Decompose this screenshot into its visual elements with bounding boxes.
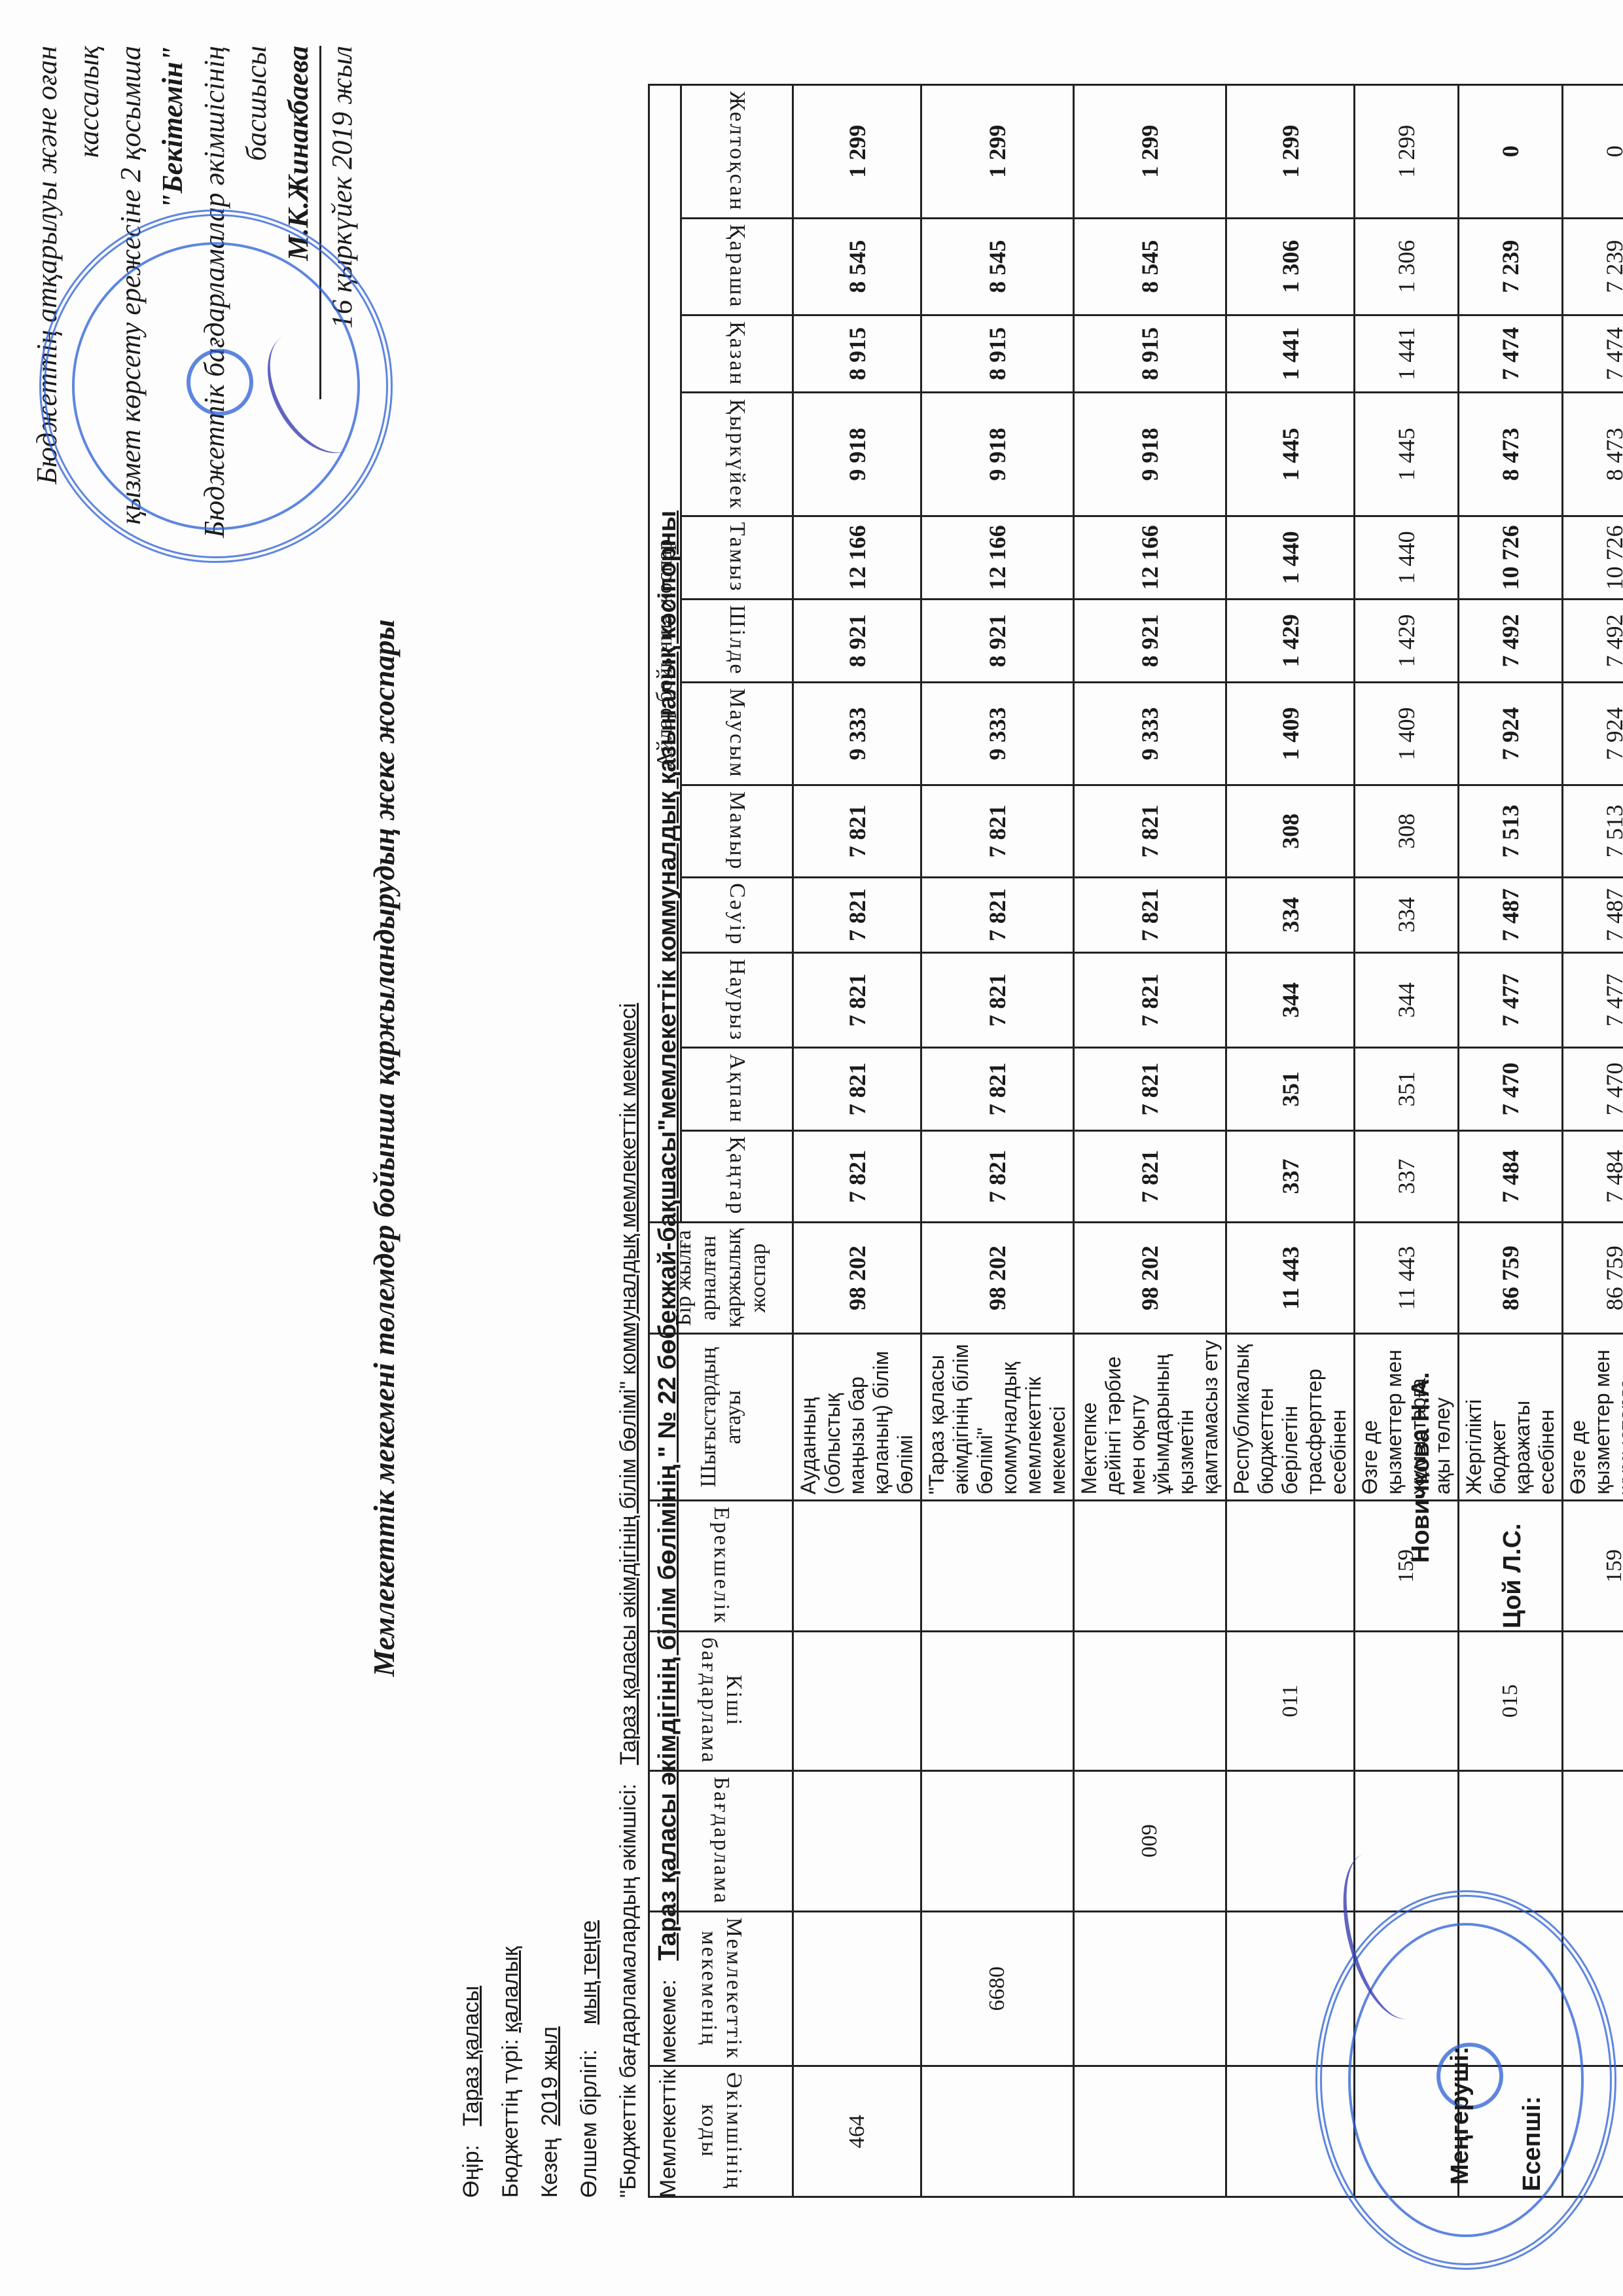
- cell-month-value: 1 299: [921, 85, 1074, 219]
- header-expense-name: Шығыстардың атауы: [649, 1334, 793, 1501]
- cell-month-value: 334: [1355, 877, 1459, 952]
- cell-inst: 6680: [921, 1911, 1074, 2066]
- cell-name: Мектепке дейінгі тәрбие мен оқыту ұйымда…: [1074, 1334, 1226, 1501]
- cell-month-value: 7 821: [1074, 1130, 1226, 1222]
- cell-sub: [921, 1631, 1074, 1770]
- cell-name: Жергілікті бюджет қаражаты есебінен: [1459, 1334, 1563, 1501]
- cell-month-value: 7 821: [1074, 877, 1226, 952]
- cell-month-value: 9 333: [793, 682, 921, 785]
- header-subprogram: Кіші бағдарлама: [649, 1631, 793, 1770]
- cell-name: Өзге де қызметтер мен жұмыстарға ақы төл…: [1563, 1334, 1623, 1501]
- month-header: Қазан: [681, 315, 793, 393]
- cell-sub: [1355, 1631, 1459, 1770]
- cell-month-value: 8 545: [1074, 218, 1226, 315]
- cell-month-value: 1 409: [1226, 682, 1355, 785]
- cell-name: "Тараз қаласы әкімдігінің білім бөлімі" …: [921, 1334, 1074, 1501]
- cell-month-value: 7 484: [1459, 1130, 1563, 1222]
- header-specific: Ерекшелік: [649, 1501, 793, 1632]
- cell-spec: 159: [1355, 1501, 1459, 1632]
- cell-month-value: 7 924: [1563, 682, 1623, 785]
- cell-month-value: 351: [1355, 1048, 1459, 1131]
- month-header: Сәуір: [681, 877, 793, 952]
- cell-annual: 98 202: [1074, 1222, 1226, 1333]
- accountant-name: Цой Л.С.: [1499, 1523, 1527, 1628]
- header-annual-plan: Бір жылға арналған қаржылық жоспар: [649, 1222, 793, 1333]
- cell-month-value: 7 492: [1459, 599, 1563, 682]
- cell-name: Ауданның (облыстық маңызы бар қаланың) б…: [793, 1334, 921, 1501]
- cell-month-value: 7 821: [1074, 952, 1226, 1047]
- unit-label: Өлшем бірлігі:: [577, 2049, 601, 2198]
- cell-name: Өзге де қызметтер мен жұмыстарға ақы төл…: [1355, 1334, 1459, 1501]
- cell-sub: 015: [1459, 1631, 1563, 1770]
- financing-plan-table: Әкімшінің коды Мемлекеттік мекеменің Бағ…: [648, 84, 1623, 2198]
- month-header: Қараша: [681, 218, 793, 315]
- cell-month-value: 7 484: [1563, 1130, 1623, 1222]
- cell-month-value: 1 306: [1355, 218, 1459, 315]
- cell-month-value: 7 477: [1459, 952, 1563, 1047]
- head-label: Меңгеруші:: [1446, 2047, 1474, 2185]
- cell-admin: [921, 2066, 1074, 2197]
- cell-annual: 11 443: [1355, 1222, 1459, 1333]
- cell-month-value: 7 487: [1459, 877, 1563, 952]
- cell-sub: [793, 1631, 921, 1770]
- cell-month-value: 344: [1355, 952, 1459, 1047]
- admin-value: Тараз қаласы әкімдігінің білім бөлімі" к…: [616, 1003, 641, 1765]
- cell-sub: [1074, 1631, 1226, 1770]
- header-institution: Мемлекеттік мекеменің: [649, 1911, 793, 2066]
- cell-month-value: 7 821: [921, 785, 1074, 877]
- cell-month-value: 0: [1459, 85, 1563, 219]
- rotated-sheet: Бюджеттің атқарылуы және оған кассалық қ…: [0, 0, 1623, 2296]
- cell-month-value: 8 921: [793, 599, 921, 682]
- table-row: 011Республикалық бюджеттен берілетін тра…: [1226, 85, 1355, 2197]
- budget-type-label: Бюджеттің түрі:: [498, 2039, 523, 2198]
- cell-month-value: 1 299: [1074, 85, 1226, 219]
- cell-month-value: 7 821: [921, 877, 1074, 952]
- cell-prog: 009: [1074, 1770, 1226, 1911]
- cell-month-value: 12 166: [793, 516, 921, 600]
- cell-annual: 98 202: [921, 1222, 1074, 1333]
- month-header: Наурыз: [681, 952, 793, 1047]
- accountant-label: Есепші:: [1518, 2096, 1546, 2191]
- cell-month-value: 0: [1563, 85, 1623, 219]
- cell-annual: 98 202: [793, 1222, 921, 1333]
- cell-month-value: 1 440: [1226, 516, 1355, 600]
- cell-month-value: 1 445: [1226, 393, 1355, 516]
- cell-month-value: 1 429: [1226, 599, 1355, 682]
- cell-month-value: 7 821: [1074, 785, 1226, 877]
- cell-month-value: 8 473: [1563, 393, 1623, 516]
- cell-month-value: 7 513: [1563, 785, 1623, 877]
- cell-month-value: 7 239: [1459, 218, 1563, 315]
- month-header: Шілде: [681, 599, 793, 682]
- document-title: Мемлекеттік мекемені төлемдер бойынша қа…: [366, 0, 401, 2296]
- period-value: 2019 жыл: [537, 2026, 562, 2126]
- cell-prog: [1226, 1770, 1355, 1911]
- admin-label: "Бюджеттік бағдарламалардың әкімшісі:: [616, 1784, 641, 2198]
- month-header: Маусым: [681, 682, 793, 785]
- cell-annual: 11 443: [1226, 1222, 1355, 1333]
- cell-inst: [793, 1911, 921, 2066]
- cell-spec: [793, 1501, 921, 1632]
- cell-month-value: 7 477: [1563, 952, 1623, 1047]
- table-row: 464Ауданның (облыстық маңызы бар қаланың…: [793, 85, 921, 2197]
- cell-spec: [921, 1501, 1074, 1632]
- cell-month-value: 8 915: [921, 315, 1074, 393]
- cell-month-value: 8 915: [793, 315, 921, 393]
- budget-type-value: қалалық: [498, 1946, 523, 2033]
- cell-sub: 011: [1226, 1631, 1355, 1770]
- cell-month-value: 308: [1355, 785, 1459, 877]
- cell-month-value: 7 821: [793, 785, 921, 877]
- cell-month-value: 1 299: [1355, 85, 1459, 219]
- cell-month-value: 7 487: [1563, 877, 1623, 952]
- cell-month-value: 8 921: [921, 599, 1074, 682]
- cell-prog: [793, 1770, 921, 1911]
- emblem-icon: [187, 349, 253, 416]
- cell-name: Республикалық бюджеттен берілетін трасфе…: [1226, 1334, 1355, 1501]
- cell-month-value: 10 726: [1459, 516, 1563, 600]
- cell-month-value: 8 473: [1459, 393, 1563, 516]
- month-header: Қаңтар: [681, 1130, 793, 1222]
- cell-admin: [1074, 2066, 1226, 2197]
- cell-month-value: 1 445: [1355, 393, 1459, 516]
- cell-month-value: 7 924: [1459, 682, 1563, 785]
- cell-month-value: 7 821: [793, 877, 921, 952]
- period-label: Кезең: [537, 2138, 562, 2198]
- month-header: Ақпан: [681, 1048, 793, 1131]
- header-program: Бағдарлама: [649, 1770, 793, 1911]
- cell-month-value: 337: [1226, 1130, 1355, 1222]
- cell-month-value: 7 821: [921, 1130, 1074, 1222]
- cell-prog: [921, 1770, 1074, 1911]
- cell-month-value: 1 429: [1355, 599, 1459, 682]
- cell-month-value: 351: [1226, 1048, 1355, 1131]
- cell-month-value: 8 915: [1074, 315, 1226, 393]
- cell-spec: [1226, 1501, 1355, 1632]
- cell-month-value: 7 821: [793, 952, 921, 1047]
- cell-month-value: 1 440: [1355, 516, 1459, 600]
- header-admin-code: Әкімшінің коды: [649, 2066, 793, 2197]
- cell-month-value: 1 299: [1226, 85, 1355, 219]
- cell-annual: 86 759: [1563, 1222, 1623, 1333]
- table-row: 009Мектепке дейінгі тәрбие мен оқыту ұйы…: [1074, 85, 1226, 2197]
- cell-month-value: 9 918: [1074, 393, 1226, 516]
- cell-month-value: 334: [1226, 877, 1355, 952]
- cell-month-value: 8 921: [1074, 599, 1226, 682]
- month-header: Тамыз: [681, 516, 793, 600]
- plan-body: 464Ауданның (облыстық маңызы бар қаланың…: [793, 85, 1623, 2197]
- header-monthly-plan: Айлар бойынша жоспар: [649, 85, 681, 1223]
- region-label: Өңір:: [459, 2145, 484, 2198]
- cell-month-value: 337: [1355, 1130, 1459, 1222]
- table-row: 015Жергілікті бюджет қаражаты есебінен86…: [1459, 85, 1563, 2197]
- cell-month-value: 7 821: [921, 952, 1074, 1047]
- cell-month-value: 7 492: [1563, 599, 1623, 682]
- region-value: Тараз қаласы: [459, 1986, 484, 2126]
- table-row: 159Өзге де қызметтер мен жұмыстарға ақы …: [1563, 85, 1623, 2197]
- cell-month-value: 9 918: [793, 393, 921, 516]
- unit-value: мың теңге: [577, 1920, 601, 2024]
- cell-month-value: 7 474: [1563, 315, 1623, 393]
- month-header: Қыркүйек: [681, 393, 793, 516]
- cell-sub: [1563, 1631, 1623, 1770]
- table-row: 6680"Тараз қаласы әкімдігінің білім бөлі…: [921, 85, 1074, 2197]
- head-name: Новичкова Н.А.: [1407, 1372, 1435, 1563]
- cell-month-value: 9 333: [921, 682, 1074, 785]
- month-header: Желтоқсан: [681, 85, 793, 219]
- scanned-page: Бюджеттің атқарылуы және оған кассалық қ…: [0, 0, 1623, 2296]
- cell-month-value: 12 166: [921, 516, 1074, 600]
- cell-month-value: 7 821: [793, 1048, 921, 1131]
- cell-month-value: 7 821: [793, 1130, 921, 1222]
- cell-month-value: 7 470: [1459, 1048, 1563, 1131]
- cell-month-value: 1 441: [1355, 315, 1459, 393]
- cell-month-value: 10 726: [1563, 516, 1623, 600]
- cell-spec: 159: [1563, 1501, 1623, 1632]
- cell-month-value: 12 166: [1074, 516, 1226, 600]
- cell-month-value: 7 470: [1563, 1048, 1623, 1131]
- cell-month-value: 1 409: [1355, 682, 1459, 785]
- cell-annual: 86 759: [1459, 1222, 1563, 1333]
- cell-month-value: 7 239: [1563, 218, 1623, 315]
- cell-month-value: 8 545: [921, 218, 1074, 315]
- cell-month-value: 308: [1226, 785, 1355, 877]
- cell-month-value: 1 299: [793, 85, 921, 219]
- cell-month-value: 9 918: [921, 393, 1074, 516]
- month-header: Мамыр: [681, 785, 793, 877]
- cell-prog: [1563, 1770, 1623, 1911]
- cell-month-value: 1 306: [1226, 218, 1355, 315]
- cell-month-value: 8 545: [793, 218, 921, 315]
- cell-inst: [1074, 1911, 1226, 2066]
- cell-month-value: 1 441: [1226, 315, 1355, 393]
- cell-admin: 464: [793, 2066, 921, 2197]
- cell-month-value: 7 821: [921, 1048, 1074, 1131]
- cell-month-value: 7 513: [1459, 785, 1563, 877]
- cell-month-value: 344: [1226, 952, 1355, 1047]
- cell-month-value: 7 474: [1459, 315, 1563, 393]
- cell-month-value: 9 333: [1074, 682, 1226, 785]
- cell-spec: [1074, 1501, 1226, 1632]
- cell-month-value: 7 821: [1074, 1048, 1226, 1131]
